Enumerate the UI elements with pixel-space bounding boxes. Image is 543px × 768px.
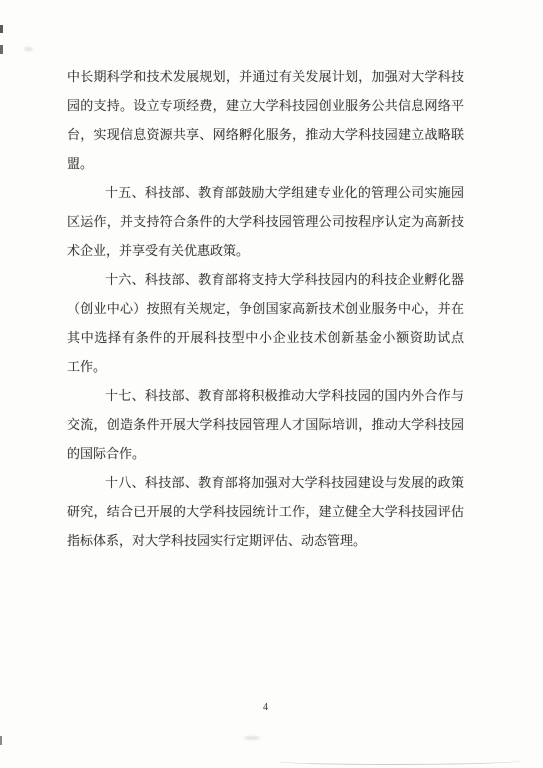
document-line: 术企业，并享受有关优惠政策。 [67, 236, 464, 265]
document-line: 十六、科技部、教育部将支持大学科技园内的科技企业孵化器 [67, 265, 464, 294]
scan-speck [0, 736, 2, 745]
document-line: 十八、科技部、教育部将加强对大学科技园建设与发展的政策 [67, 468, 464, 497]
page-number: 4 [67, 702, 464, 713]
scan-speck [0, 25, 3, 33]
document-line: 中长期科学和技术发展规划，并通过有关发展计划，加强对大学科技 [67, 62, 464, 91]
scan-speck [0, 45, 3, 54]
document-line: 交流，创造条件开展大学科技园管理人才国际培训，推动大学科技园 [67, 410, 464, 439]
document-line: 的国际合作。 [67, 439, 464, 468]
document-line: 指标体系，对大学科技园实行定期评估、动态管理。 [67, 526, 464, 555]
document-line: 台，实现信息资源共享、网络孵化服务，推动大学科技园建立战略联 [67, 120, 464, 149]
document-line: 十五、科技部、教育部鼓励大学组建专业化的管理公司实施园 [67, 178, 464, 207]
document-line: 盟。 [67, 149, 464, 178]
scan-smudge [24, 47, 33, 51]
document-line: 园的支持。设立专项经费，建立大学科技园创业服务公共信息网络平 [67, 91, 464, 120]
document-body: 中长期科学和技术发展规划，并通过有关发展计划，加强对大学科技园的支持。设立专项经… [67, 62, 464, 555]
scan-smudge [244, 736, 260, 740]
document-line: 其中选择有条件的开展科技型中小企业技术创新基金小额资助试点 [67, 323, 464, 352]
document-line: 十七、科技部、教育部将积极推动大学科技园的国内外合作与 [67, 381, 464, 410]
document-line: 研究，结合已开展的大学科技园统计工作，建立健全大学科技园评估 [67, 497, 464, 526]
document-line: 工作。 [67, 352, 464, 381]
document-line: （创业中心）按照有关规定，争创国家高新技术创业服务中心，并在 [67, 294, 464, 323]
scanned-document-page: 中长期科学和技术发展规划，并通过有关发展计划，加强对大学科技园的支持。设立专项经… [0, 0, 543, 768]
scan-edge-shadow [278, 757, 522, 765]
document-line: 区运作，并支持符合条件的大学科技园管理公司按程序认定为高新技 [67, 207, 464, 236]
